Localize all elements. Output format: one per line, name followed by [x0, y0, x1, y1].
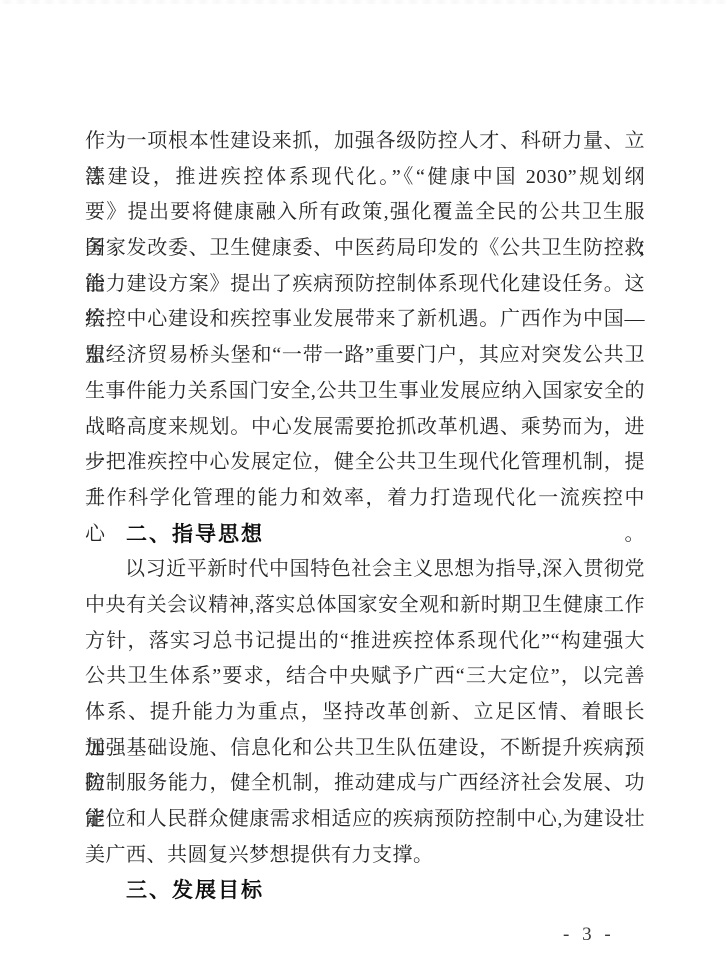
- text-line: 定位和人民群众健康需求相适应的疾病预防控制中心,为建设壮: [85, 802, 645, 838]
- text-line: 方针，落实习总书记提出的“推进疾控体系现代化”“构建强大: [85, 624, 645, 660]
- text-line: 中央有关会议精神,落实总体国家安全观和新时期卫生健康工作: [85, 588, 645, 624]
- text-line: 等建设，推进疾控体系现代化。”《“健康中国 2030”规划纲: [85, 160, 645, 196]
- section-heading-development-goals: 三、发展目标: [85, 873, 645, 909]
- text-line: 盟经济贸易桥头堡和“一带一路”重要门户，其应对突发公共卫: [85, 338, 645, 374]
- text-line: 体系、提升能力为重点，坚持改革创新、立足区情、着眼长远，: [85, 695, 645, 731]
- text-line: 生事件能力关系国门安全,公共卫生事业发展应纳入国家安全的: [85, 374, 645, 410]
- text-line: 国家发改委、卫生健康委、中医药局印发的《公共卫生防控救治: [85, 231, 645, 267]
- text-line: 要》提出要将健康融入所有政策,强化覆盖全民的公共卫生服务;: [85, 195, 645, 231]
- document-body: 作为一项根本性建设来抓，加强各级防控人才、科研力量、立法 等建设，推进疾控体系现…: [85, 124, 645, 909]
- text-line: 疾控中心建设和疾控事业发展带来了新机遇。广西作为中国—东: [85, 302, 645, 338]
- page-number: - 3 -: [563, 924, 615, 946]
- text-line-paragraph-end: 美广西、共圆复兴梦想提供有力支撑。: [85, 838, 645, 874]
- scan-noise: [0, 0, 727, 4]
- text-line: 公共卫生体系”要求，结合中央赋予广西“三大定位”，以完善: [85, 659, 645, 695]
- text-line: 战略高度来规划。中心发展需要抢抓改革机遇、乘势而为，进一: [85, 410, 645, 446]
- text-line-paragraph-start: 以习近平新时代中国特色社会主义思想为指导,深入贯彻党: [85, 552, 645, 588]
- text-line: 能力建设方案》提出了疾病预防控制体系现代化建设任务。这给: [85, 267, 645, 303]
- text-line: 步把准疾控中心发展定位，健全公共卫生现代化管理机制，提升: [85, 445, 645, 481]
- text-line: 作为一项根本性建设来抓，加强各级防控人才、科研力量、立法: [85, 124, 645, 160]
- text-line: 工作科学化管理的能力和效率，着力打造现代化一流疾控中心。: [85, 481, 645, 517]
- text-line: 控制服务能力，健全机制，推动建成与广西经济社会发展、功能: [85, 766, 645, 802]
- document-page: 作为一项根本性建设来抓，加强各级防控人才、科研力量、立法 等建设，推进疾控体系现…: [0, 0, 727, 966]
- text-line: 加强基础设施、信息化和公共卫生队伍建设，不断提升疾病预防: [85, 731, 645, 767]
